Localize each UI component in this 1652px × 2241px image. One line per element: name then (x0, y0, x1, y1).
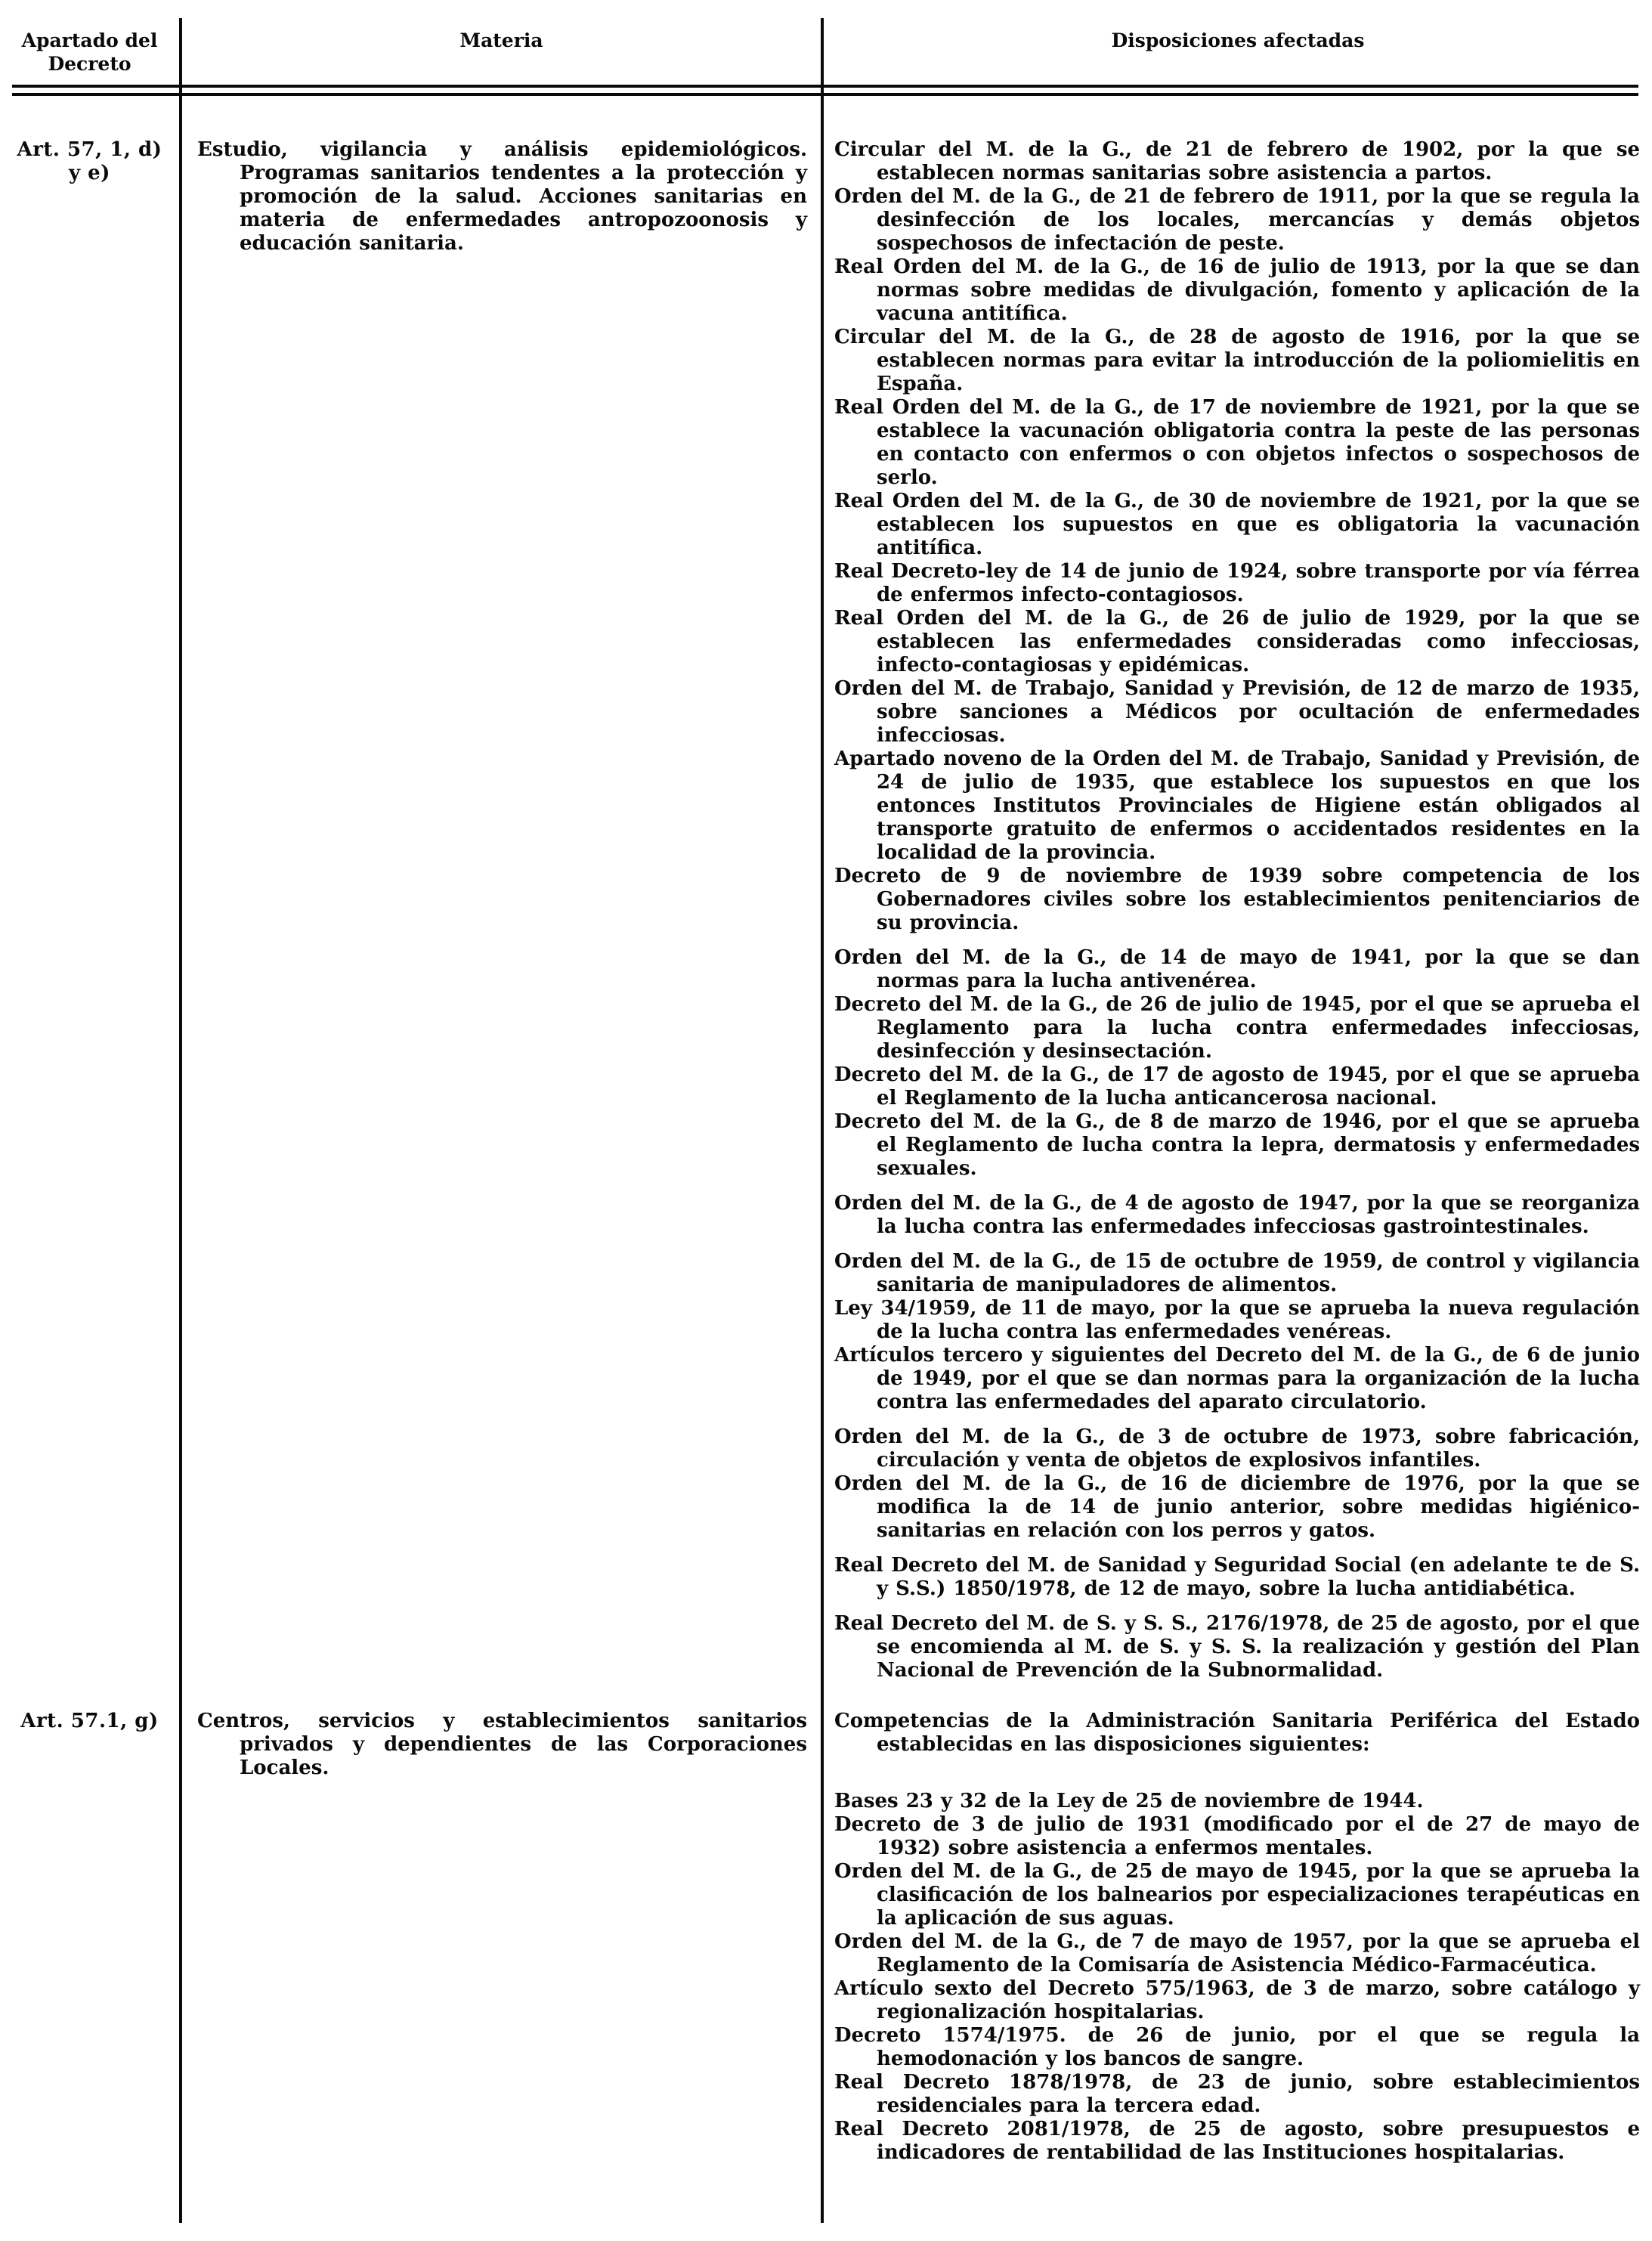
disposicion-item: Real Decreto-ley de 14 de junio de 1924,… (834, 560, 1640, 607)
disposicion-item: Bases 23 y 32 de la Ley de 25 de noviemb… (834, 1790, 1640, 1813)
double-rule (824, 85, 1638, 96)
cell-materia-row1: Estudio, vigilancia y análisis epidemiol… (182, 96, 824, 1682)
materia-row2-text: Centros, servicios y establecimientos sa… (197, 1710, 807, 1780)
disposicion-item: Decreto del M. de la G., de 26 de julio … (834, 993, 1640, 1063)
disposicion-item: Real Decreto 1878/1978, de 23 de junio, … (834, 2071, 1640, 2118)
disposicion-item: Decreto 1574/1975. de 26 de junio, por e… (834, 2024, 1640, 2071)
disposicion-item: Artículo sexto del Decreto 575/1963, de … (834, 1977, 1640, 2024)
scanned-gazette-page: Apartado del Decreto Materia Disposicion… (0, 0, 1652, 2241)
disposicion-item: Ley 34/1959, de 11 de mayo, por la que s… (834, 1297, 1640, 1344)
disposicion-item: Orden del M. de la G., de 3 de octubre d… (834, 1425, 1640, 1472)
header-divider-segment (824, 83, 1652, 96)
disposicion-item: Real Orden del M. de la G., de 30 de nov… (834, 490, 1640, 560)
double-rule (182, 85, 821, 96)
disposicion-item: Real Orden del M. de la G., de 17 de nov… (834, 396, 1640, 490)
disposicion-item: Orden del M. de la G., de 7 de mayo de 1… (834, 1930, 1640, 1977)
disposicion-item: Decreto del M. de la G., de 8 de marzo d… (834, 1110, 1640, 1181)
disposicion-item: Orden del M. de la G., de 4 de agosto de… (834, 1192, 1640, 1239)
disposicion-item: Orden del M. de Trabajo, Sanidad y Previ… (834, 677, 1640, 748)
apartado-row1-line1: Art. 57, 1, d) (0, 138, 179, 162)
disposicion-item: Real Orden del M. de la G., de 26 de jul… (834, 607, 1640, 677)
disposicion-item: Orden del M. de la G., de 14 de mayo de … (834, 946, 1640, 993)
disposiciones-list-row1: Circular del M. de la G., de 21 de febre… (834, 138, 1640, 1682)
header-divider-segment (182, 83, 824, 96)
double-rule (12, 85, 179, 96)
disposicion-item: Circular del M. de la G., de 21 de febre… (834, 138, 1640, 185)
disposicion-item: Artículos tercero y siguientes del Decre… (834, 1344, 1640, 1414)
column-header-disposiciones-afectadas: Disposiciones afectadas (824, 18, 1652, 83)
disposicion-item: Real Orden del M. de la G., de 16 de jul… (834, 255, 1640, 326)
disposicion-item: Decreto de 3 de julio de 1931 (modificad… (834, 1813, 1640, 1860)
materia-row1-text: Estudio, vigilancia y análisis epidemiol… (197, 138, 807, 255)
cell-apartado-row2: Art. 57.1, g) (0, 1682, 182, 2223)
dispositions-table: Apartado del Decreto Materia Disposicion… (0, 0, 1652, 2223)
apartado-row1-line2: y e) (0, 162, 179, 185)
disposicion-item: Circular del M. de la G., de 28 de agost… (834, 326, 1640, 396)
apartado-row2-line1: Art. 57.1, g) (0, 1710, 179, 1733)
disposicion-item: Orden del M. de la G., de 25 de mayo de … (834, 1860, 1640, 1930)
disposicion-item: Orden del M. de la G., de 15 de octubre … (834, 1250, 1640, 1297)
disposicion-item: Real Decreto 2081/1978, de 25 de agosto,… (834, 2118, 1640, 2165)
disposicion-item: Apartado noveno de la Orden del M. de Tr… (834, 748, 1640, 865)
cell-disposiciones-row2: Competencias de la Administración Sanita… (824, 1682, 1652, 2223)
disposicion-item: Real Decreto del M. de S. y S. S., 2176/… (834, 1612, 1640, 1682)
header-apartado-line1: Apartado (22, 29, 119, 51)
disposicion-item: Real Decreto del M. de Sanidad y Segurid… (834, 1554, 1640, 1601)
disposicion-item: Orden del M. de la G., de 21 de febrero … (834, 185, 1640, 255)
header-divider-segment (0, 83, 182, 96)
disposicion-item: Decreto del M. de la G., de 17 de agosto… (834, 1063, 1640, 1110)
disposicion-item: Orden del M. de la G., de 16 de diciembr… (834, 1472, 1640, 1543)
cell-apartado-row1: Art. 57, 1, d) y e) (0, 96, 182, 1682)
cell-materia-row2: Centros, servicios y establecimientos sa… (182, 1682, 824, 2223)
disposiciones-row2-intro: Competencias de la Administración Sanita… (834, 1710, 1640, 1757)
disposicion-item: Decreto de 9 de noviembre de 1939 sobre … (834, 865, 1640, 935)
cell-disposiciones-row1: Circular del M. de la G., de 21 de febre… (824, 96, 1652, 1682)
column-header-materia: Materia (182, 18, 824, 83)
disposiciones-list-row2: Bases 23 y 32 de la Ley de 25 de noviemb… (834, 1790, 1640, 2165)
column-header-apartado-del-decreto: Apartado del Decreto (0, 18, 182, 83)
